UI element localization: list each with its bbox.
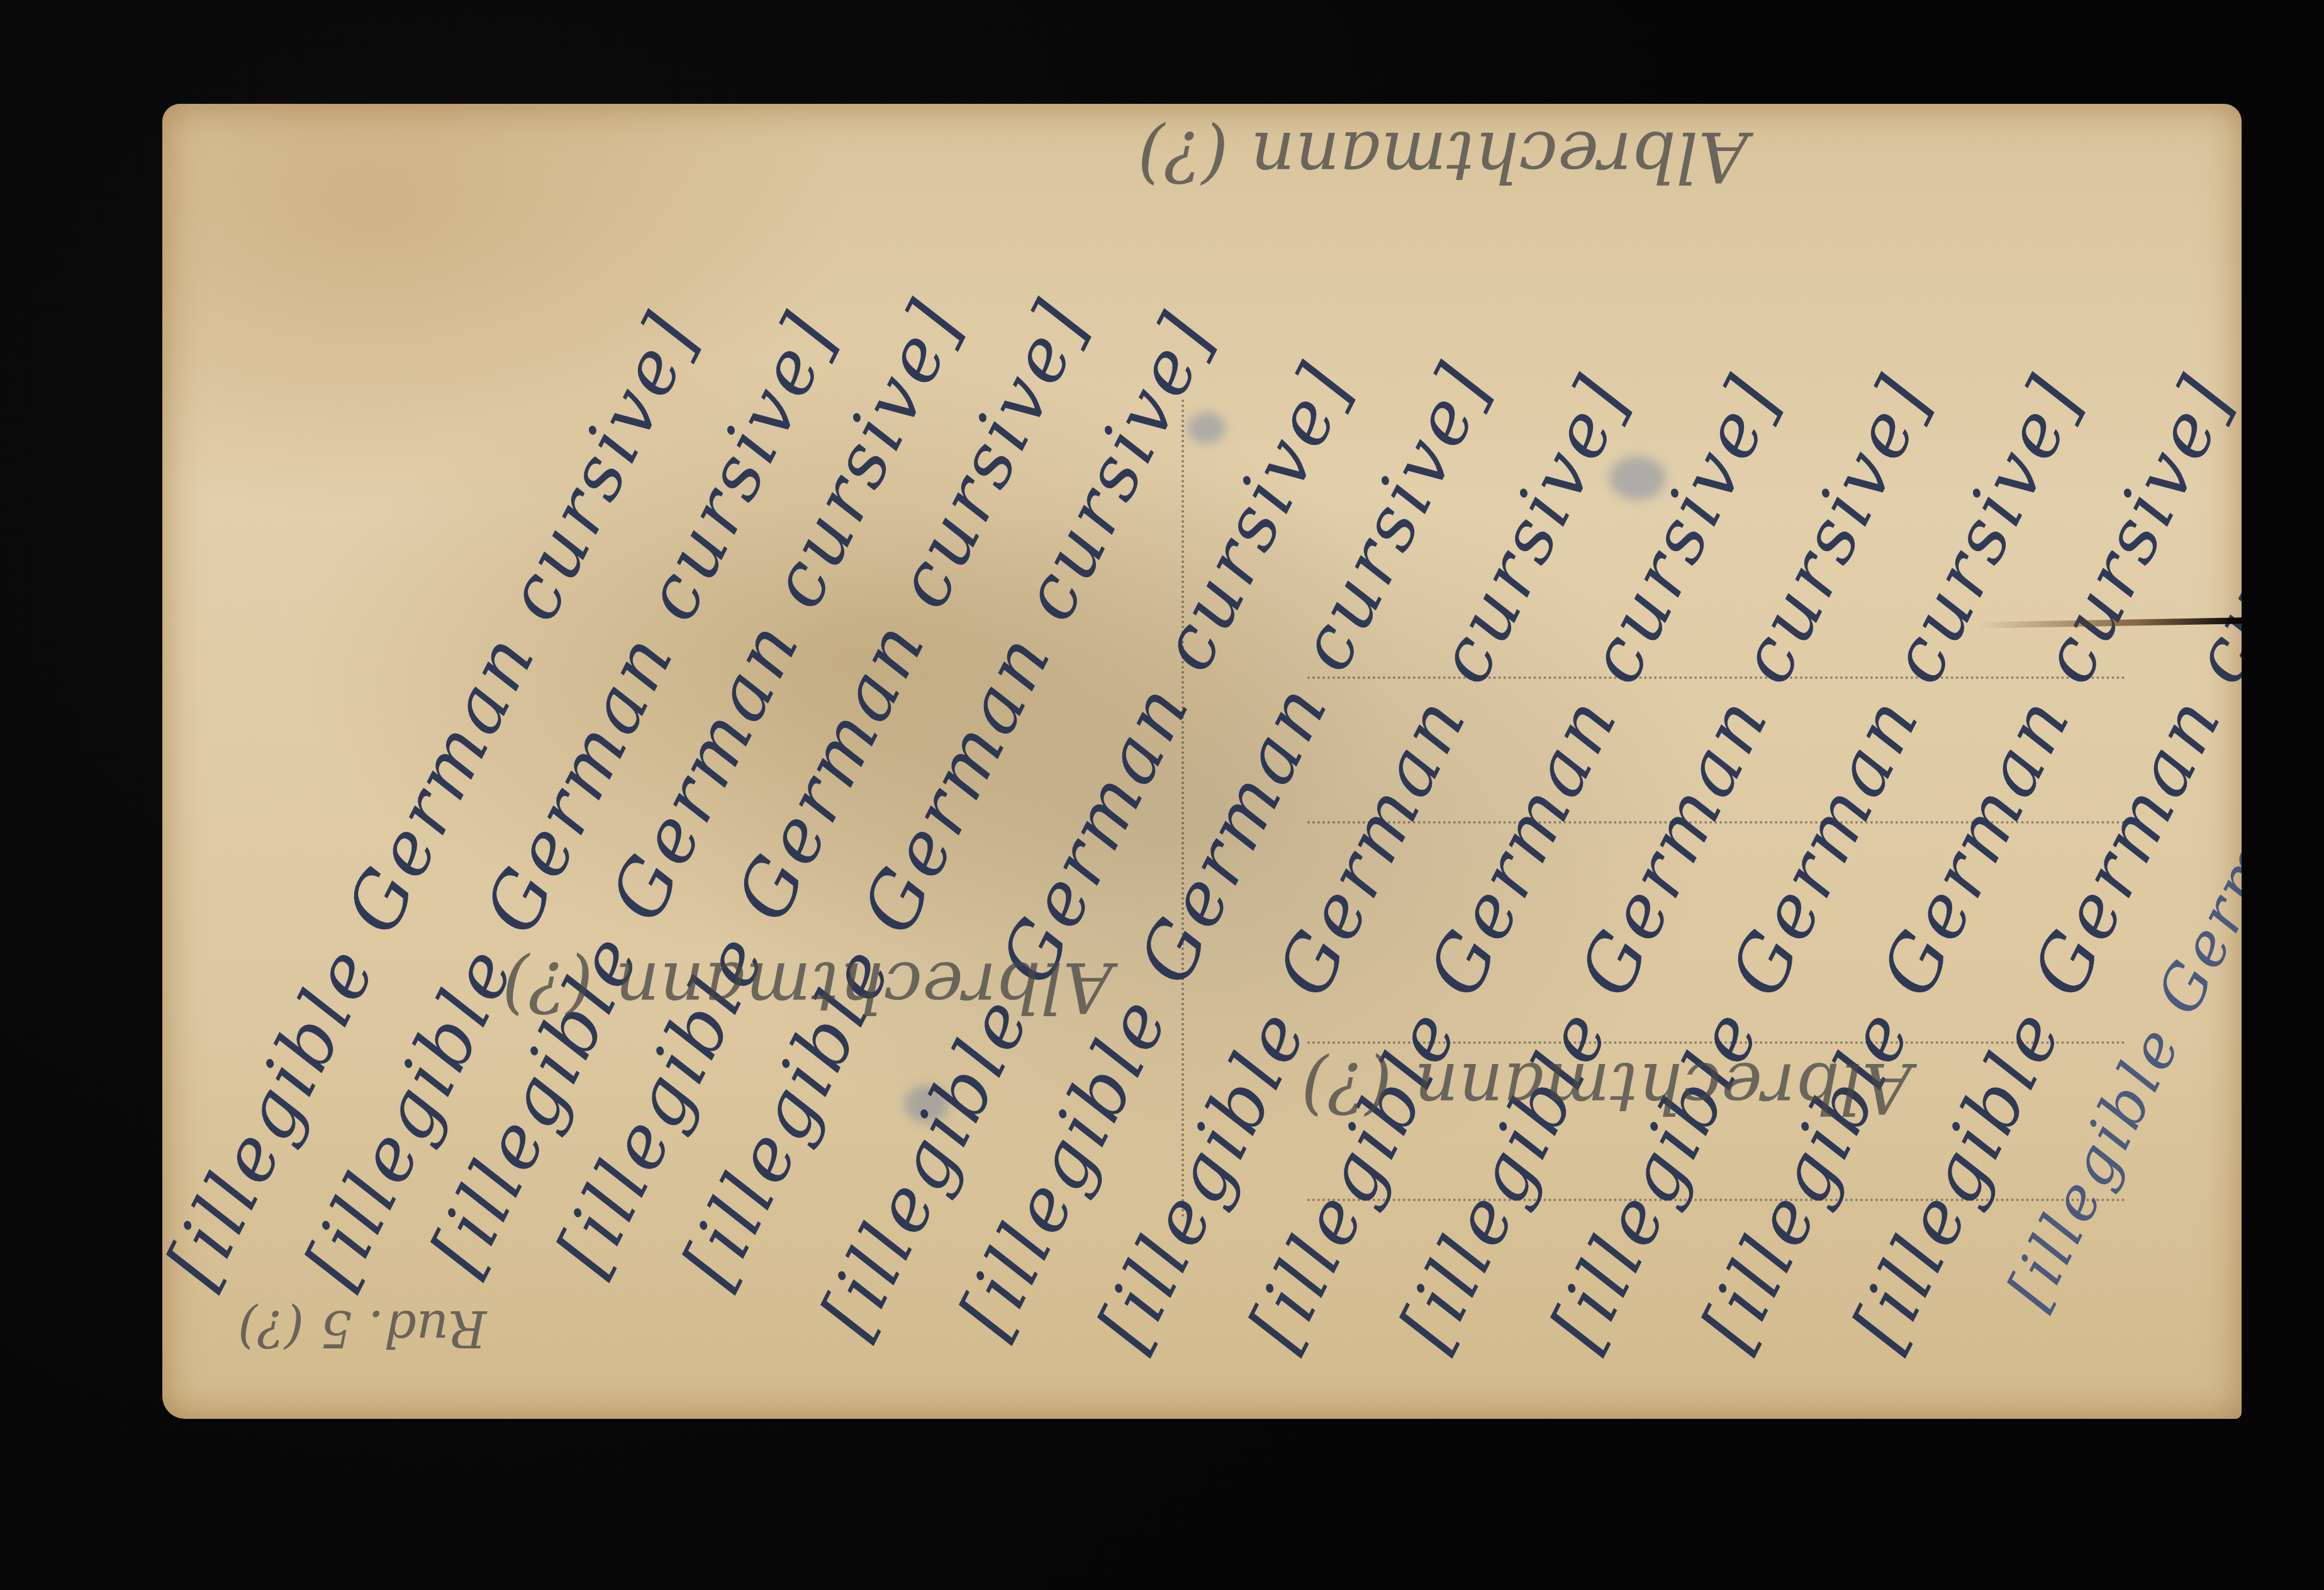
postcard-divider-dotted <box>1182 400 1184 1218</box>
address-line <box>1307 1199 2125 1201</box>
ink-stain <box>1188 412 1226 444</box>
pencil-signature: Albrechtmann (?) <box>1137 116 1748 197</box>
pencil-signature: Albrechtmann (?) <box>502 947 1113 1027</box>
corner-notation: Rud. 5 (?) <box>238 1299 486 1358</box>
postcard-back: [illegible German cursive] [illegible Ge… <box>162 104 2242 1419</box>
pencil-signature: Albrechtmann (?) <box>1301 1048 1912 1128</box>
